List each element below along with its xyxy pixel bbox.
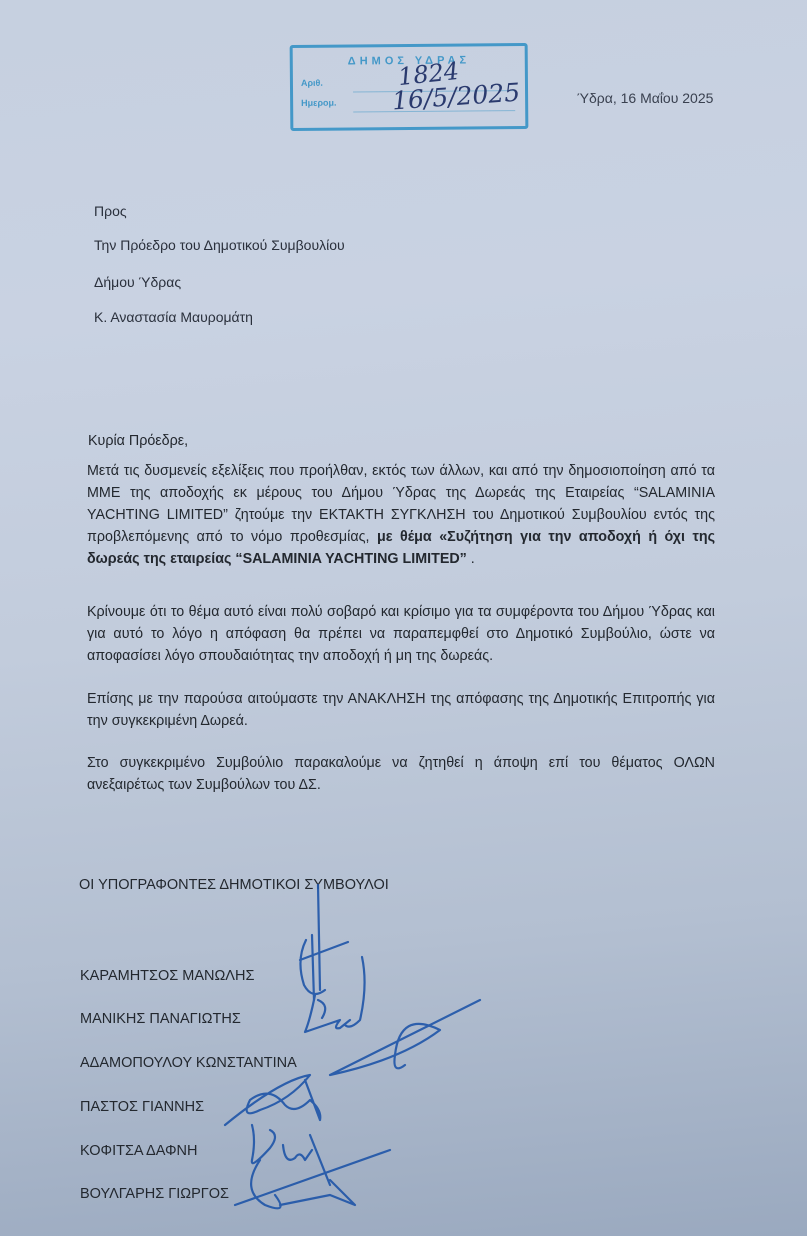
signatories-heading: ΟΙ ΥΠΟΓΡΑΦΟΝΤΕΣ ΔΗΜΟΤΙΚΟΙ ΣΥΜΒΟΥΛΟΙ [79, 877, 389, 893]
stamp-number-label: Αριθ. [301, 78, 323, 88]
signature-voulgaris [235, 1150, 390, 1208]
letter-page: ΔΗΜΟΣ ΥΔΡΑΣ Αριθ. Ημερομ. 1824 16/5/2025… [0, 0, 807, 1236]
signatory-name: ΠΑΣΤΟΣ ΓΙΑΝΝΗΣ [80, 1099, 204, 1115]
paragraph-request: Μετά τις δυσμενείς εξελίξεις που προήλθα… [87, 460, 715, 570]
recipient-title: Την Πρόεδρο του Δημοτικού Συμβουλίου [94, 237, 345, 253]
recipient-name: Κ. Αναστασία Μαυρομάτη [94, 309, 253, 325]
recipient-to: Προς [94, 203, 127, 219]
signatory-name: ΚΑΡΑΜΗΤΣΟΣ ΜΑΝΩΛΗΣ [80, 968, 254, 984]
signatory-name: ΜΑΝΙΚΗΣ ΠΑΝΑΓΙΩΤΗΣ [80, 1011, 241, 1027]
signature-adamopoulou [330, 1000, 480, 1075]
signatory-name: ΒΟΥΛΓΑΡΗΣ ΓΙΩΡΓΟΣ [80, 1186, 229, 1202]
signatory-name: ΑΔΑΜΟΠΟΥΛΟΥ ΚΩΝΣΤΑΝΤΙΝΑ [80, 1055, 297, 1071]
signature-manikis [305, 957, 365, 1032]
salutation: Κυρία Πρόεδρε, [88, 430, 716, 452]
recipient-municipality: Δήμου Ύδρας [94, 274, 181, 290]
signature-pastos [225, 1075, 320, 1125]
paragraph-revocation: Επίσης με την παρούσα αιτούμαστε την ΑΝΑ… [87, 688, 715, 732]
paragraph-opinions: Στο συγκεκριμένο Συμβούλιο παρακαλούμε ν… [87, 752, 715, 796]
letter-date: Ύδρα, 16 Μαΐου 2025 [577, 90, 713, 106]
signature-karamitsos [300, 885, 348, 1000]
paragraph-importance: Κρίνουμε ότι το θέμα αυτό είναι πολύ σοβ… [87, 601, 715, 667]
signature-kofitsa [252, 1125, 330, 1185]
signatory-name: ΚΟΦΙΤΣΑ ΔΑΦΝΗ [80, 1143, 197, 1159]
stamp-date-label: Ημερομ. [301, 98, 336, 108]
